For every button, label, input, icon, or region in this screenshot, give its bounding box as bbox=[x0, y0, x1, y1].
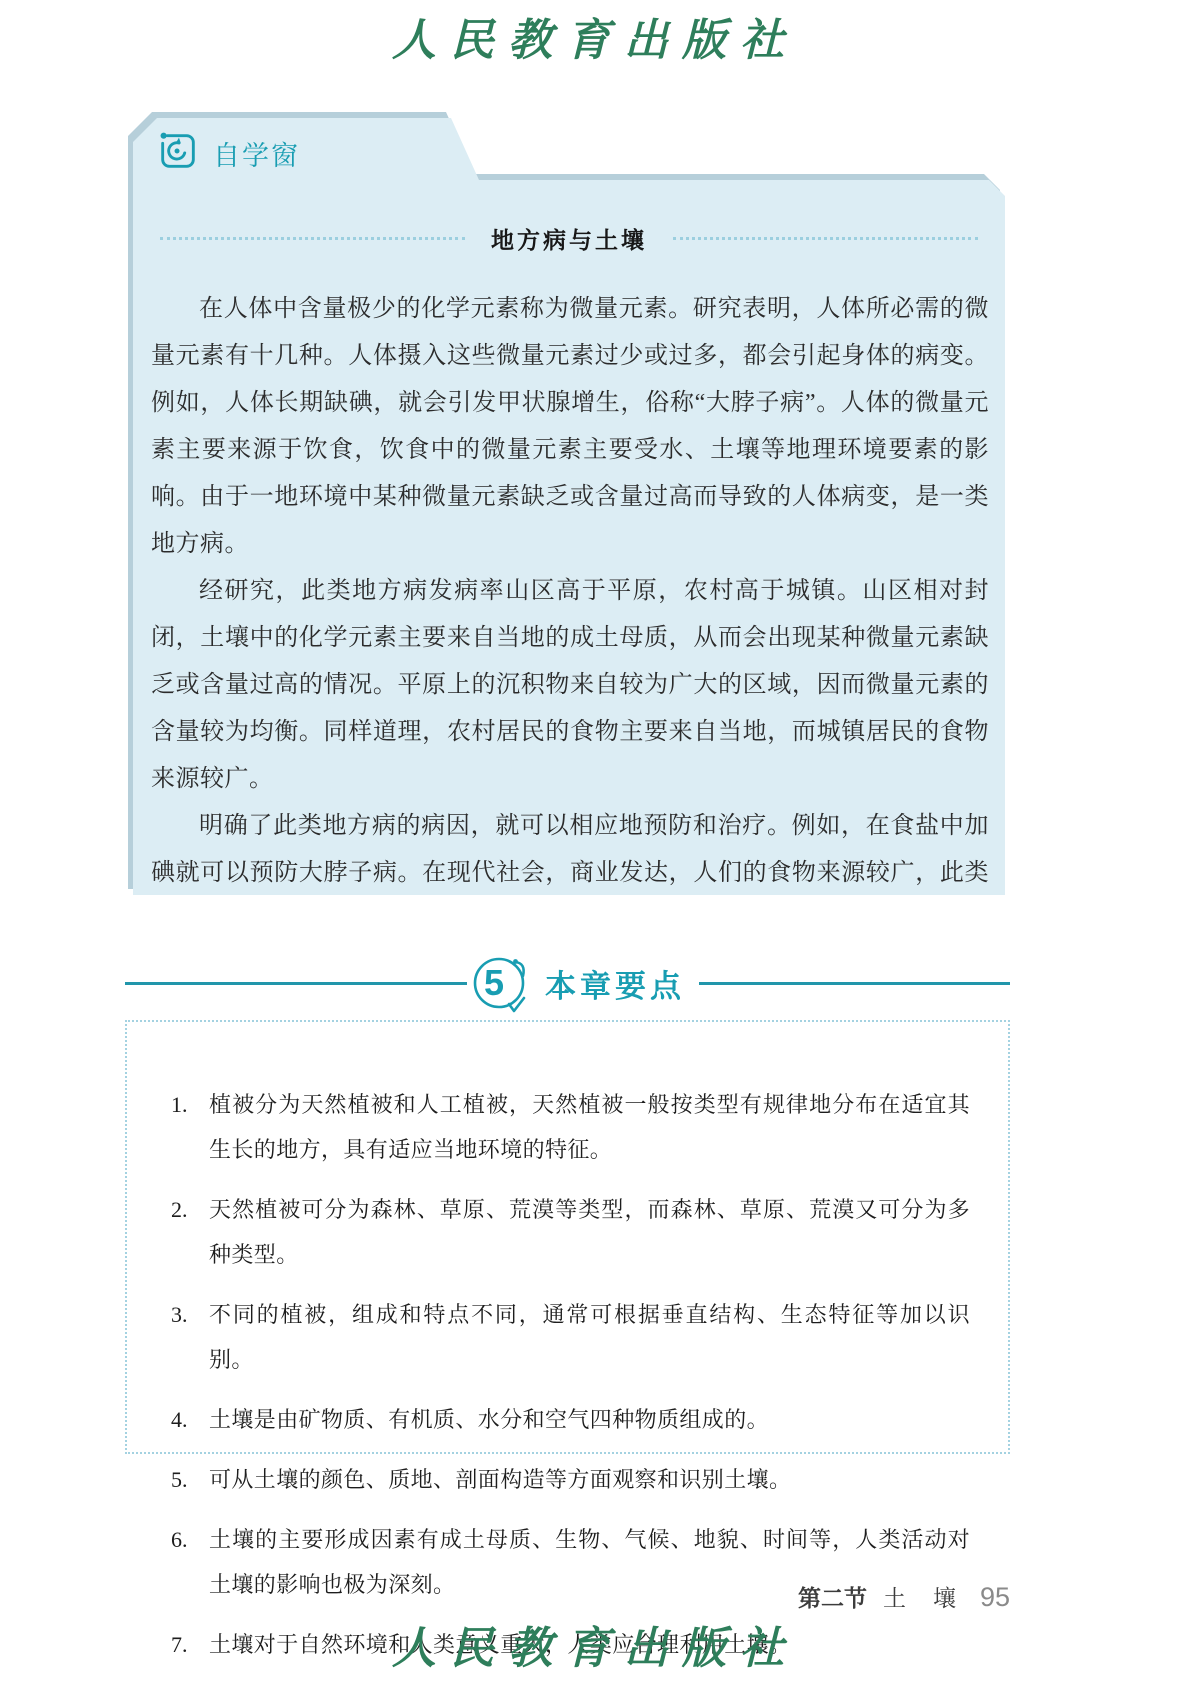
box-title-row: 地方病与土壤 bbox=[133, 222, 1005, 255]
header-rule-left bbox=[125, 982, 467, 985]
panel-body: 自学窗 地方病与土壤 在人体中含量极少的化学元素称为微量元素。研究表明，人体所必… bbox=[133, 118, 1005, 895]
key-point-3: 3. 不同的植被，组成和特点不同，通常可根据垂直结构、生态特征等加以识别。 bbox=[171, 1292, 970, 1382]
self-study-text: 在人体中含量极少的化学元素称为微量元素。研究表明，人体所必需的微量元素有十几种。… bbox=[151, 286, 989, 991]
footer-page-number: 95 bbox=[980, 1582, 1010, 1613]
page-footer: 第二节 土 壤 95 bbox=[0, 1580, 1010, 1613]
point-text: 天然植被可分为森林、草原、荒漠等类型，而森林、草原、荒漠又可分为多种类型。 bbox=[209, 1187, 970, 1277]
paragraph-1: 在人体中含量极少的化学元素称为微量元素。研究表明，人体所必需的微量元素有十几种。… bbox=[151, 286, 989, 568]
point-text: 可从土壤的颜色、质地、剖面构造等方面观察和识别土壤。 bbox=[209, 1457, 970, 1502]
point-text: 土壤是由矿物质、有机质、水分和空气四种物质组成的。 bbox=[209, 1397, 970, 1442]
chapter-summary-header: 5 本章要点 bbox=[125, 948, 1010, 1018]
key-point-4: 4. 土壤是由矿物质、有机质、水分和空气四种物质组成的。 bbox=[171, 1397, 970, 1442]
self-study-tab-label: 自学窗 bbox=[213, 134, 300, 173]
self-study-panel: 自学窗 地方病与土壤 在人体中含量极少的化学元素称为微量元素。研究表明，人体所必… bbox=[133, 118, 1005, 895]
key-point-5: 5. 可从土壤的颜色、质地、剖面构造等方面观察和识别土壤。 bbox=[171, 1457, 970, 1502]
title-dotted-line-right bbox=[673, 237, 978, 240]
point-number: 3. bbox=[171, 1292, 209, 1382]
textbook-page: 人民教育出版社 自学窗 地方病与土壤 bbox=[0, 0, 1190, 1683]
footer-section-title: 土 壤 bbox=[883, 1580, 958, 1613]
chapter-number: 5 bbox=[484, 962, 504, 1004]
chapter-number-badge: 5 bbox=[471, 948, 535, 1018]
key-point-1: 1. 植被分为天然植被和人工植被，天然植被一般按类型有规律地分布在适宜其生长的地… bbox=[171, 1082, 970, 1172]
point-number: 1. bbox=[171, 1082, 209, 1172]
point-number: 4. bbox=[171, 1397, 209, 1442]
box-title: 地方病与土壤 bbox=[491, 222, 647, 255]
title-dotted-line-left bbox=[160, 237, 465, 240]
key-point-2: 2. 天然植被可分为森林、草原、荒漠等类型，而森林、草原、荒漠又可分为多种类型。 bbox=[171, 1187, 970, 1277]
self-study-tab: 自学窗 bbox=[155, 128, 300, 179]
point-text: 不同的植被，组成和特点不同，通常可根据垂直结构、生态特征等加以识别。 bbox=[209, 1292, 970, 1382]
key-points-box: 1. 植被分为天然植被和人工植被，天然植被一般按类型有规律地分布在适宜其生长的地… bbox=[125, 1020, 1010, 1454]
publisher-logo-top: 人民教育出版社 bbox=[0, 4, 1190, 68]
self-study-loop-icon bbox=[155, 128, 201, 179]
point-number: 2. bbox=[171, 1187, 209, 1277]
paragraph-2: 经研究，此类地方病发病率山区高于平原，农村高于城镇。山区相对封闭，土壤中的化学元… bbox=[151, 568, 989, 803]
publisher-logo-bottom: 人民教育出版社 bbox=[0, 1612, 1190, 1676]
footer-section-label: 第二节 bbox=[798, 1580, 867, 1613]
header-rule-right bbox=[699, 982, 1010, 985]
point-text: 植被分为天然植被和人工植被，天然植被一般按类型有规律地分布在适宜其生长的地方，具… bbox=[209, 1082, 970, 1172]
chapter-summary-title: 本章要点 bbox=[545, 961, 685, 1006]
point-number: 5. bbox=[171, 1457, 209, 1502]
